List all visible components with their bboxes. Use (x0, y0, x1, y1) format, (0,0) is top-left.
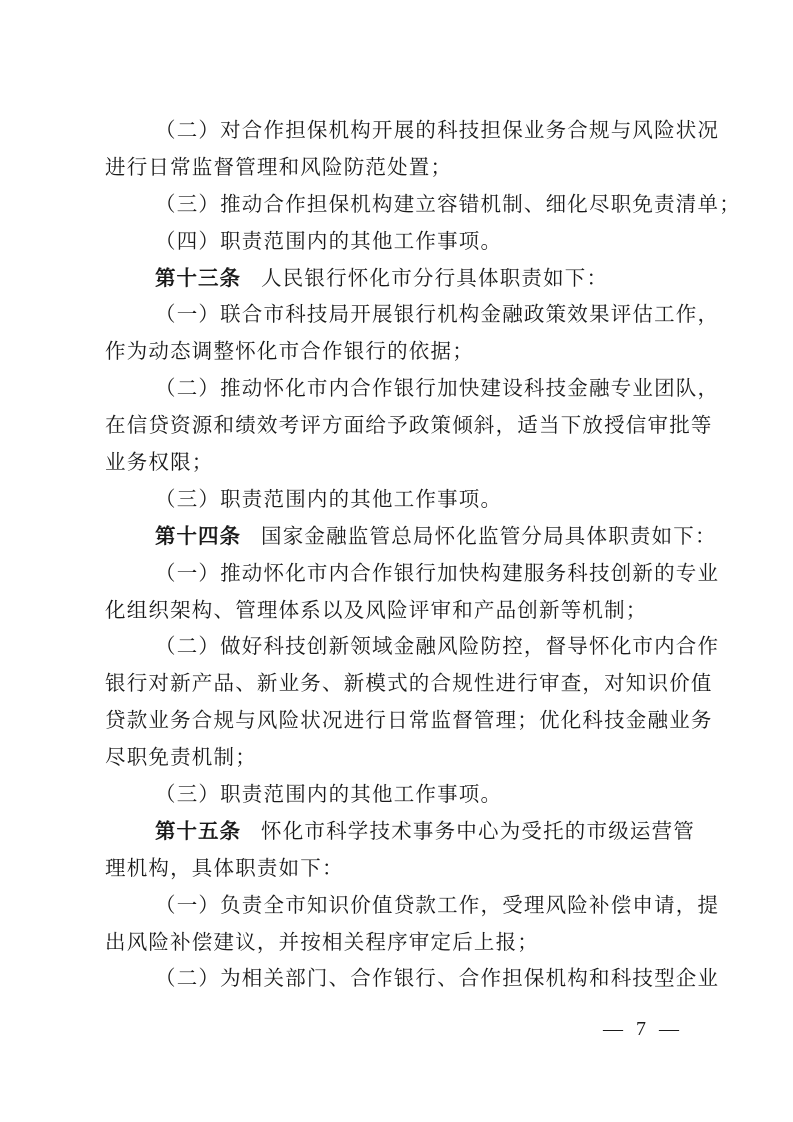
text-line: 理机构，具体职责如下： (105, 850, 695, 887)
text-line: （二）对合作担保机构开展的科技担保业务合规与风险状况 (105, 112, 695, 149)
text-line: （三）职责范围内的其他工作事项。 (105, 776, 695, 813)
article-text: 国家金融监管总局怀化监管分局具体职责如下： (261, 524, 717, 548)
text-line: 出风险补偿建议，并按相关程序审定后上报； (105, 924, 695, 961)
article-14: 第十四条国家金融监管总局怀化监管分局具体职责如下： (105, 518, 695, 555)
text-line: （二）做好科技创新领域金融风险防控，督导怀化市内合作 (105, 628, 695, 665)
text-line: （四）职责范围内的其他工作事项。 (105, 223, 695, 260)
text-line: 银行对新产品、新业务、新模式的合规性进行审查，对知识价值 (105, 665, 695, 702)
text-line: 化组织架构、管理体系以及风险评审和产品创新等机制； (105, 592, 695, 629)
text-line: （三）职责范围内的其他工作事项。 (105, 481, 695, 518)
article-heading: 第十五条 (155, 819, 241, 843)
article-text: 怀化市科学技术事务中心为受托的市级运营管 (261, 819, 695, 843)
page-number: — 7 — (603, 1018, 683, 1041)
article-15: 第十五条怀化市科学技术事务中心为受托的市级运营管 (105, 813, 695, 850)
text-line: 贷款业务合规与风险状况进行日常监督管理；优化科技金融业务 (105, 702, 695, 739)
text-line: （三）推动合作担保机构建立容错机制、细化尽职免责清单； (105, 186, 695, 223)
document-page: （二）对合作担保机构开展的科技担保业务合规与风险状况 进行日常监督管理和风险防范… (105, 112, 695, 997)
text-line: （一）推动怀化市内合作银行加快构建服务科技创新的专业 (105, 555, 695, 592)
text-line: 进行日常监督管理和风险防范处置； (105, 149, 695, 186)
text-line: 业务权限； (105, 444, 695, 481)
article-13: 第十三条人民银行怀化市分行具体职责如下： (105, 260, 695, 297)
text-line: 尽职免责机制； (105, 739, 695, 776)
article-heading: 第十三条 (155, 266, 241, 290)
text-line: （一）联合市科技局开展银行机构金融政策效果评估工作， (105, 296, 695, 333)
page-footer: — 7 — (0, 1018, 793, 1041)
article-text: 人民银行怀化市分行具体职责如下： (261, 266, 608, 290)
text-line: （二）为相关部门、合作银行、合作担保机构和科技型企业 (105, 960, 695, 997)
text-line: （二）推动怀化市内合作银行加快建设科技金融专业团队， (105, 370, 695, 407)
text-line: 作为动态调整怀化市合作银行的依据； (105, 333, 695, 370)
article-heading: 第十四条 (155, 524, 241, 548)
text-line: （一）负责全市知识价值贷款工作，受理风险补偿申请，提 (105, 887, 695, 924)
text-line: 在信贷资源和绩效考评方面给予政策倾斜，适当下放授信审批等 (105, 407, 695, 444)
